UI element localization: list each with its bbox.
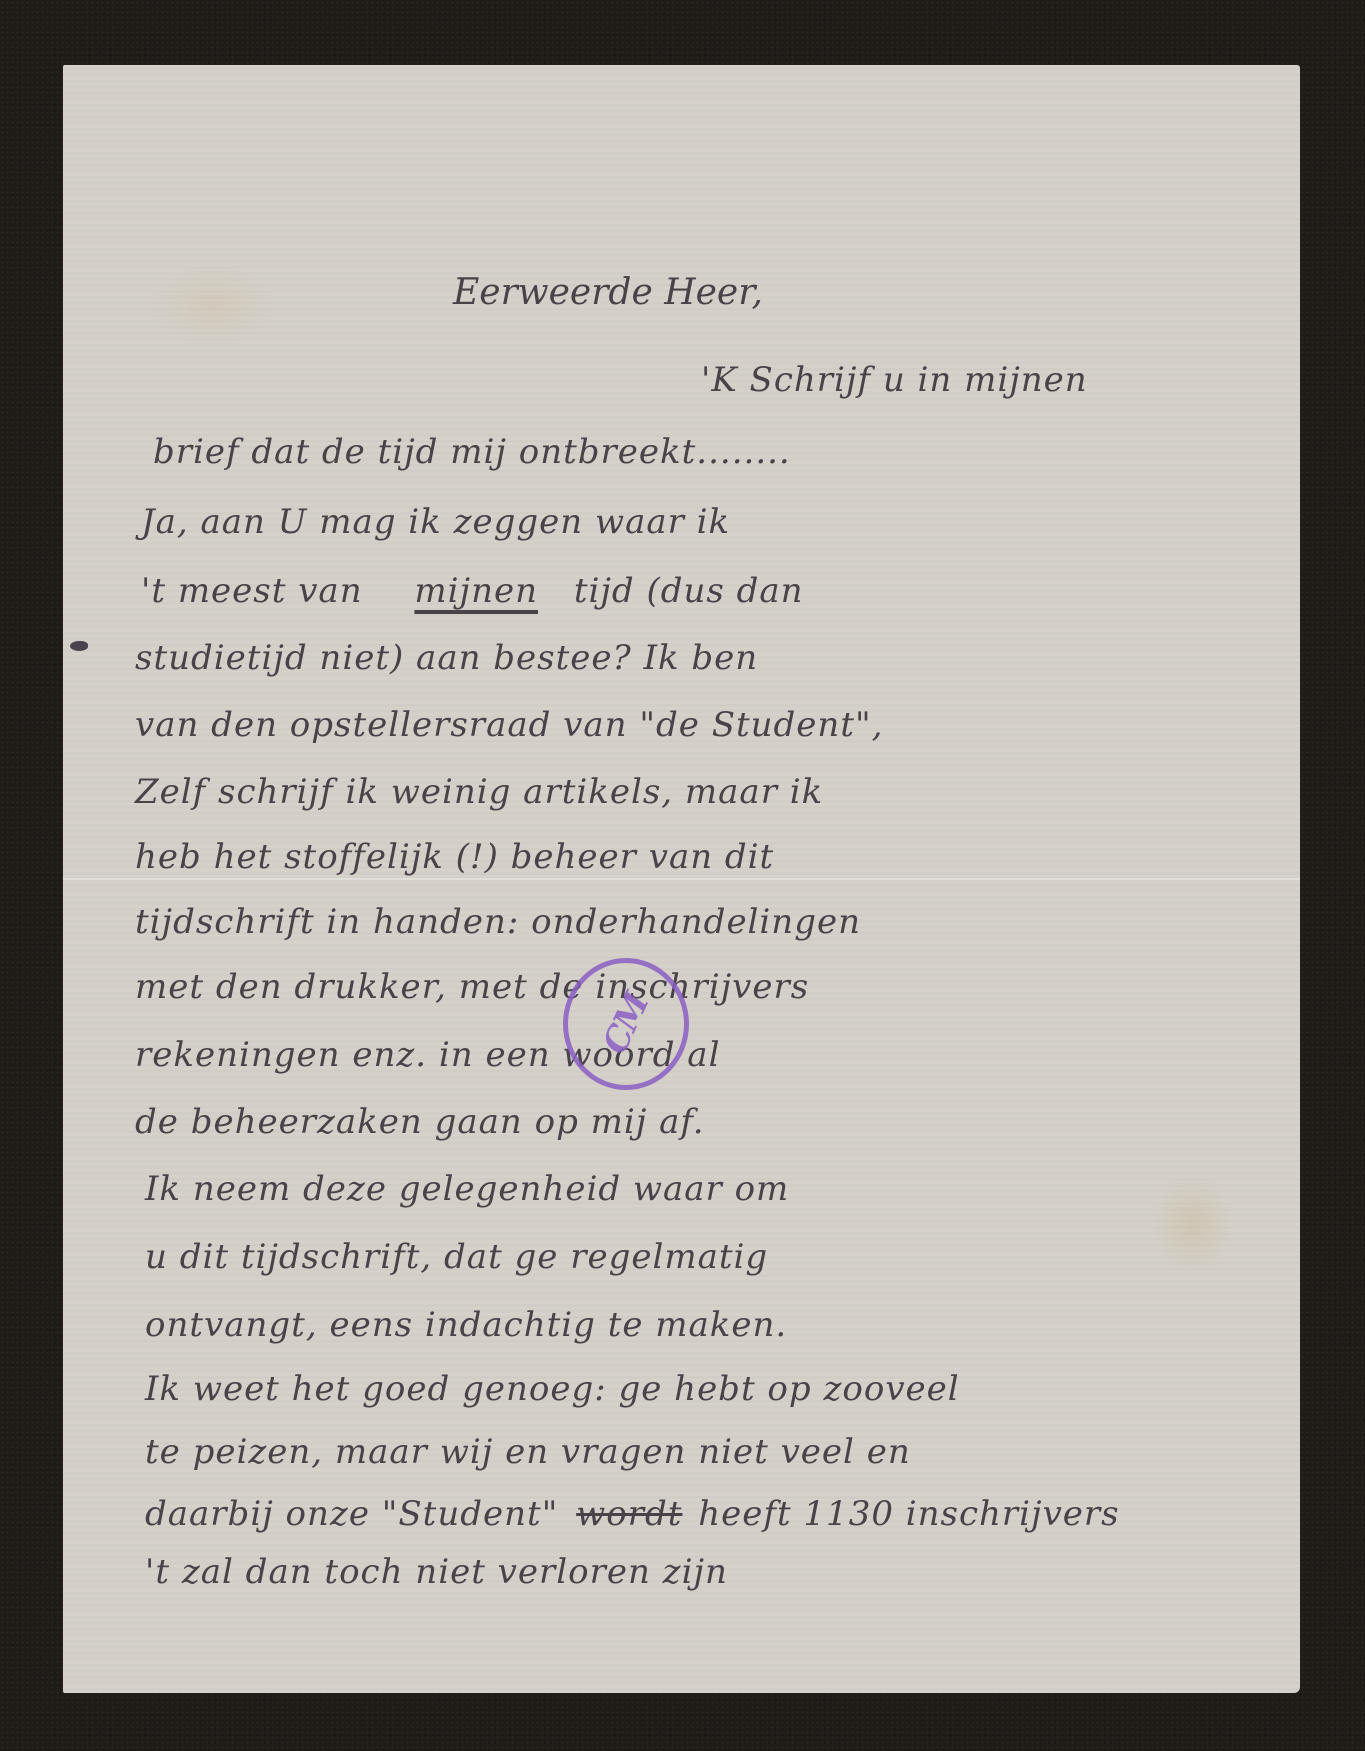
paper-fold-crease: [63, 878, 1300, 880]
letter-line-7: Zelf schrijf ik weinig artikels, maar ik: [135, 775, 823, 809]
letter-paper: Eerweerde Heer, 'K Schrijf u in mijnen b…: [63, 65, 1300, 1693]
letter-line-4: 't meest van mijnen tijd (dus dan: [141, 574, 804, 608]
letter-line-17: te peizen, maar wij en vragen niet veel …: [145, 1435, 911, 1469]
letter-line-16: Ik weet het goed genoeg: ge hebt op zoov…: [145, 1372, 960, 1406]
letter-line-8: heb het stoffelijk (!) beheer van dit: [135, 840, 774, 874]
ink-blot-mark: [70, 641, 88, 651]
letter-line-10: met den drukker, met de inschrijvers: [135, 970, 809, 1004]
letter-text: tijd (dus dan: [574, 571, 804, 611]
letter-line-19: 't zal dan toch niet verloren zijn: [145, 1555, 728, 1589]
letter-line-5: studietijd niet) aan bestee? Ik ben: [135, 641, 758, 675]
letter-salutation: Eerweerde Heer,: [453, 272, 763, 313]
letter-line-3: Ja, aan U mag ik zeggen waar ik: [141, 505, 730, 539]
letter-text: heeft 1130 inschrijvers: [698, 1494, 1119, 1534]
letter-text: daarbij onze "Student": [145, 1494, 558, 1534]
purple-ink-stamp: CM: [563, 958, 689, 1090]
letter-line-1: 'K Schrijf u in mijnen: [701, 363, 1088, 397]
letter-text: 't meest van: [141, 571, 363, 611]
stamp-monogram: CM: [595, 988, 657, 1060]
letter-line-9: tijdschrift in handen: onderhandelingen: [135, 905, 861, 939]
letter-line-2: brief dat de tijd mij ontbreekt........: [153, 435, 791, 469]
underlined-word: mijnen: [414, 571, 538, 611]
struck-word: wordt: [576, 1494, 682, 1534]
letter-line-13: Ik neem deze gelegenheid waar om: [145, 1172, 789, 1206]
letter-line-6: van den opstellersraad van "de Student",: [135, 708, 883, 742]
letter-line-14: u dit tijdschrift, dat ge regelmatig: [145, 1240, 768, 1274]
letter-line-18: daarbij onze "Student" wordt heeft 1130 …: [145, 1497, 1120, 1531]
letter-line-15: ontvangt, eens indachtig te maken.: [145, 1308, 787, 1342]
letter-line-12: de beheerzaken gaan op mij af.: [135, 1105, 705, 1139]
